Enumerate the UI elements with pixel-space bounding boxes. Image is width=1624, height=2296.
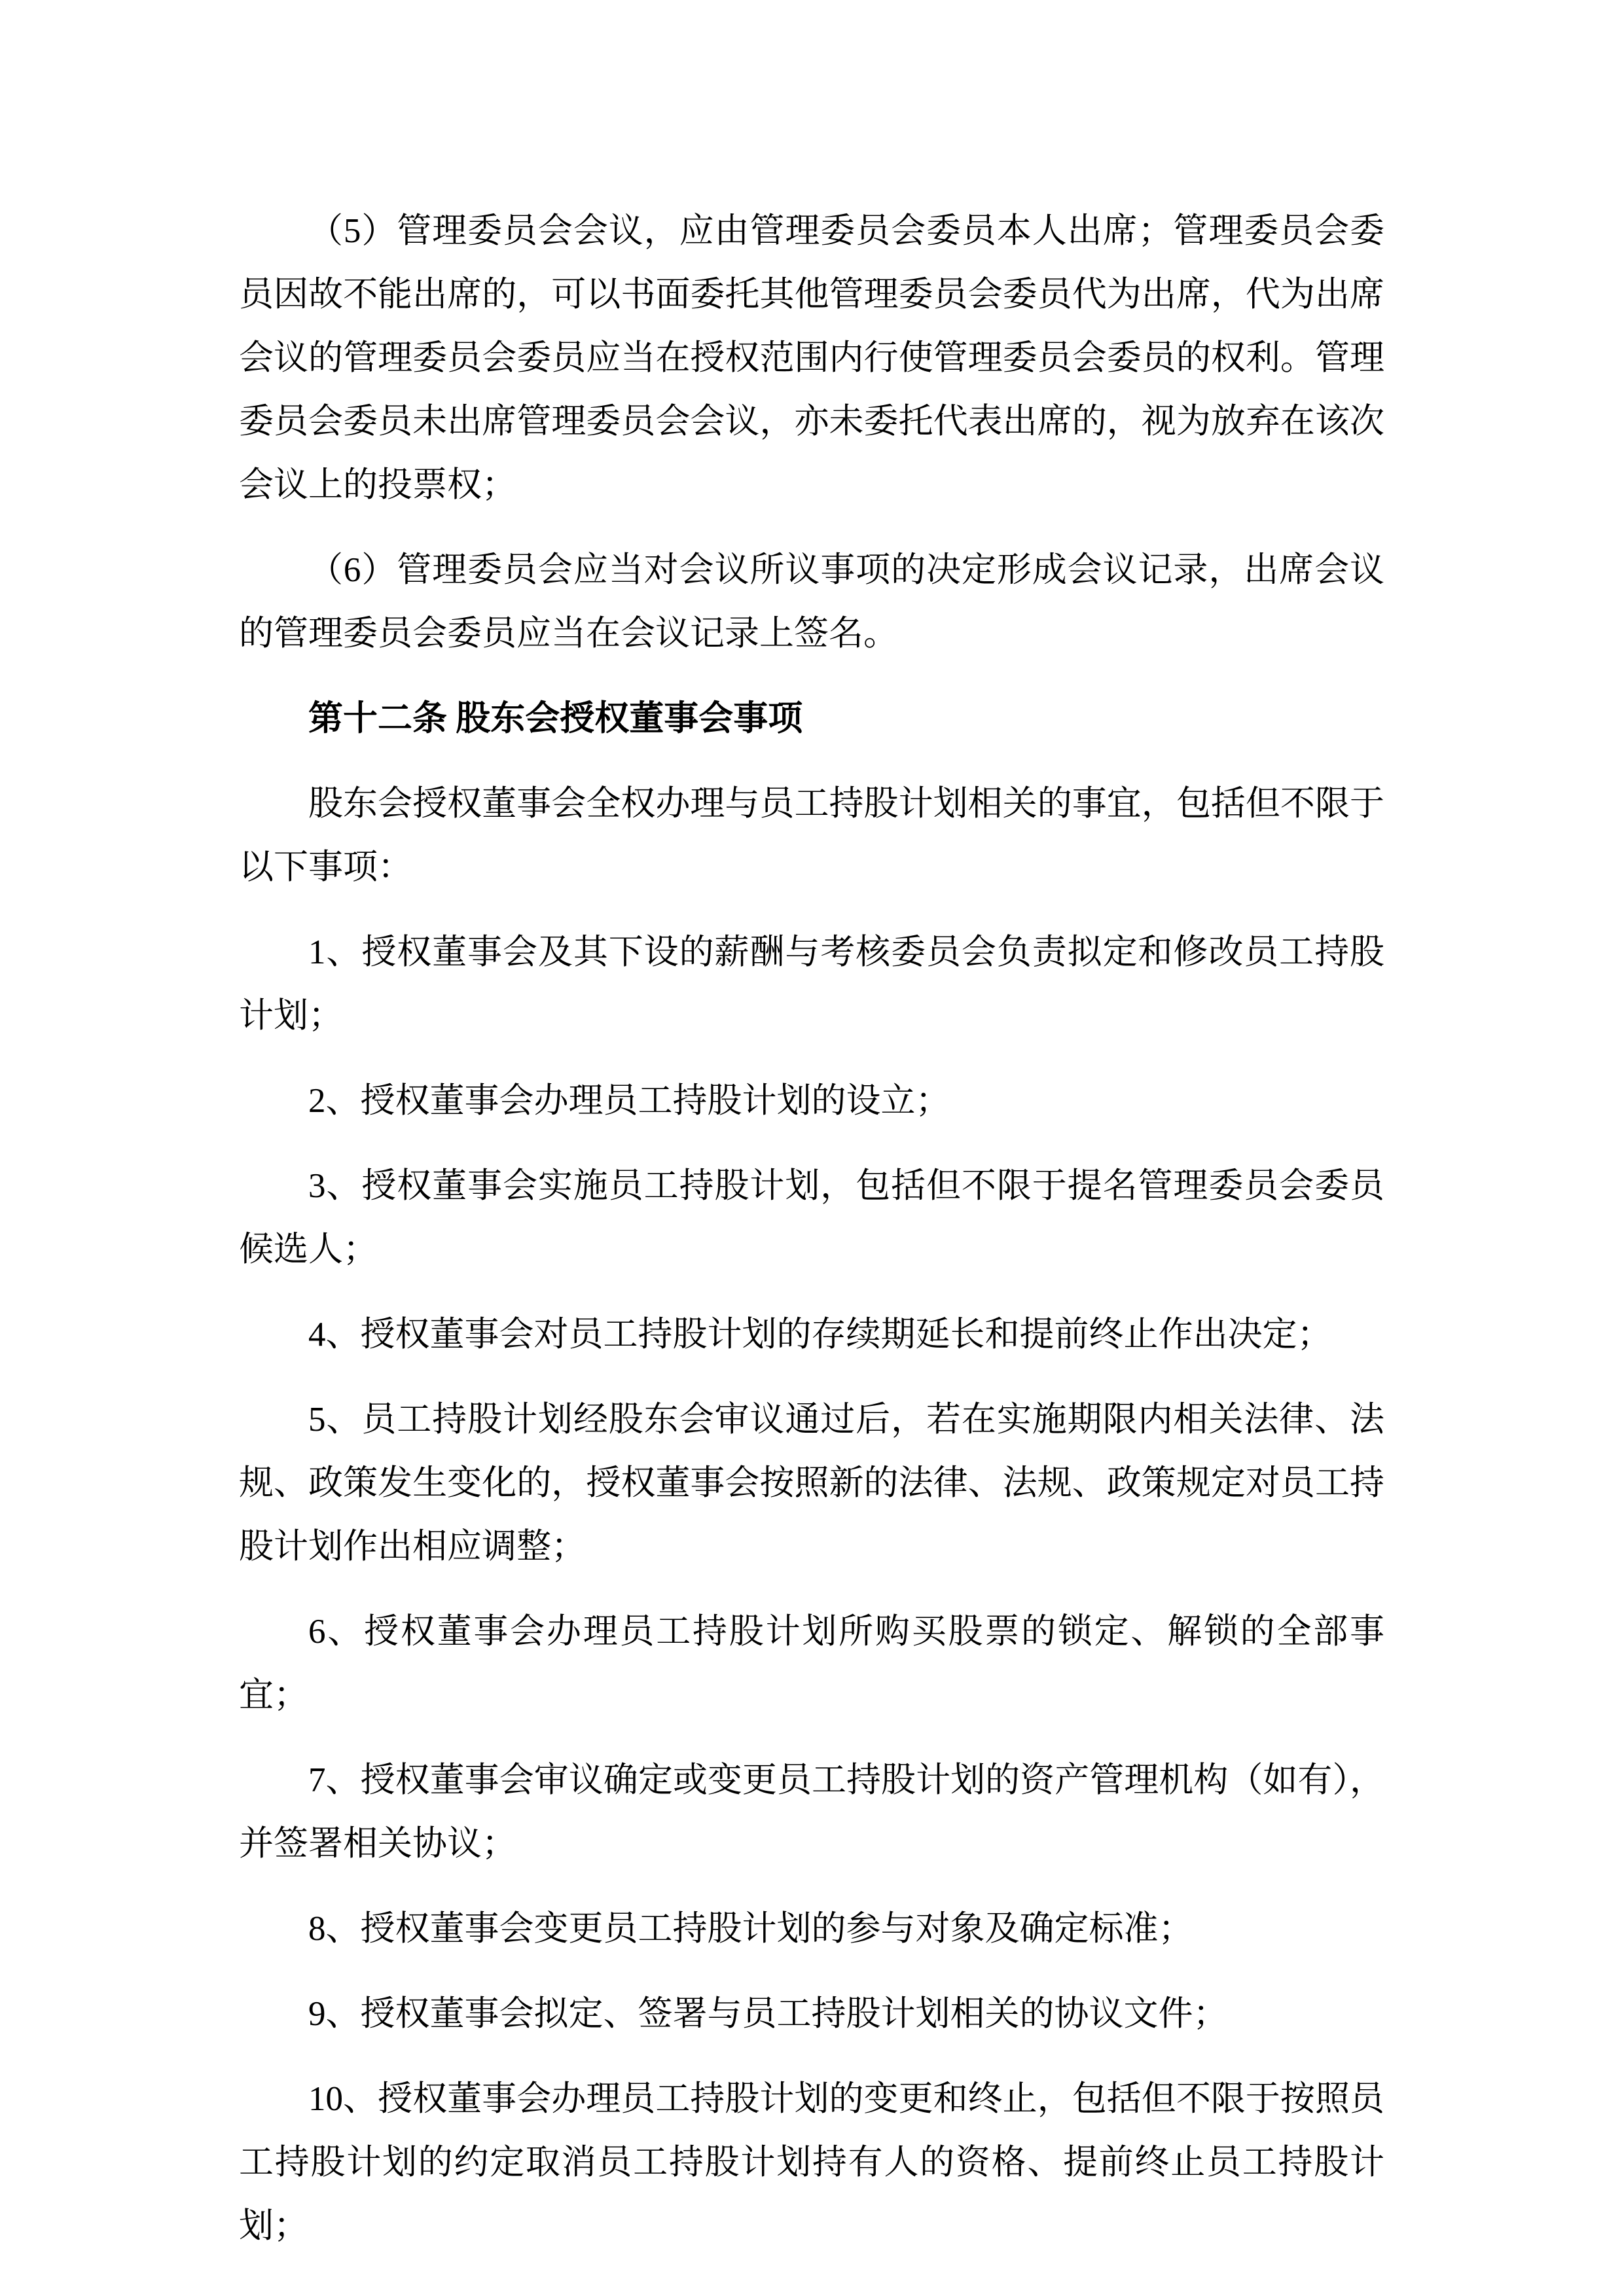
list-item-9: 9、授权董事会拟定、签署与员工持股计划相关的协议文件；: [239, 1982, 1384, 2046]
list-item-7: 7、授权董事会审议确定或变更员工持股计划的资产管理机构（如有），并签署相关协议；: [239, 1749, 1384, 1876]
paragraph-clause-5: （5）管理委员会会议，应由管理委员会委员本人出席；管理委员会委员因故不能出席的，…: [239, 200, 1384, 517]
list-item-5: 5、员工持股计划经股东会审议通过后，若在实施期限内相关法律、法规、政策发生变化的…: [239, 1388, 1384, 1579]
list-item-2: 2、授权董事会办理员工持股计划的设立；: [239, 1069, 1384, 1133]
list-item-10: 10、授权董事会办理员工持股计划的变更和终止，包括但不限于按照员工持股计划的约定…: [239, 2068, 1384, 2258]
document-page: （5）管理委员会会议，应由管理委员会委员本人出席；管理委员会委员因故不能出席的，…: [0, 0, 1624, 2296]
list-item-3: 3、授权董事会实施员工持股计划，包括但不限于提名管理委员会委员候选人；: [239, 1155, 1384, 1282]
list-item-8: 8、授权董事会变更员工持股计划的参与对象及确定标准；: [239, 1897, 1384, 1961]
list-item-6: 6、授权董事会办理员工持股计划所购买股票的锁定、解锁的全部事宜；: [239, 1600, 1384, 1727]
section-heading-article-12: 第十二条 股东会授权董事会事项: [239, 687, 1384, 751]
paragraph-article-12-intro: 股东会授权董事会全权办理与员工持股计划相关的事宜，包括但不限于以下事项：: [239, 772, 1384, 899]
list-item-1: 1、授权董事会及其下设的薪酬与考核委员会负责拟定和修改员工持股计划；: [239, 921, 1384, 1048]
paragraph-clause-6: （6）管理委员会应当对会议所议事项的决定形成会议记录，出席会议的管理委员会委员应…: [239, 539, 1384, 666]
list-item-4: 4、授权董事会对员工持股计划的存续期延长和提前终止作出决定；: [239, 1303, 1384, 1367]
